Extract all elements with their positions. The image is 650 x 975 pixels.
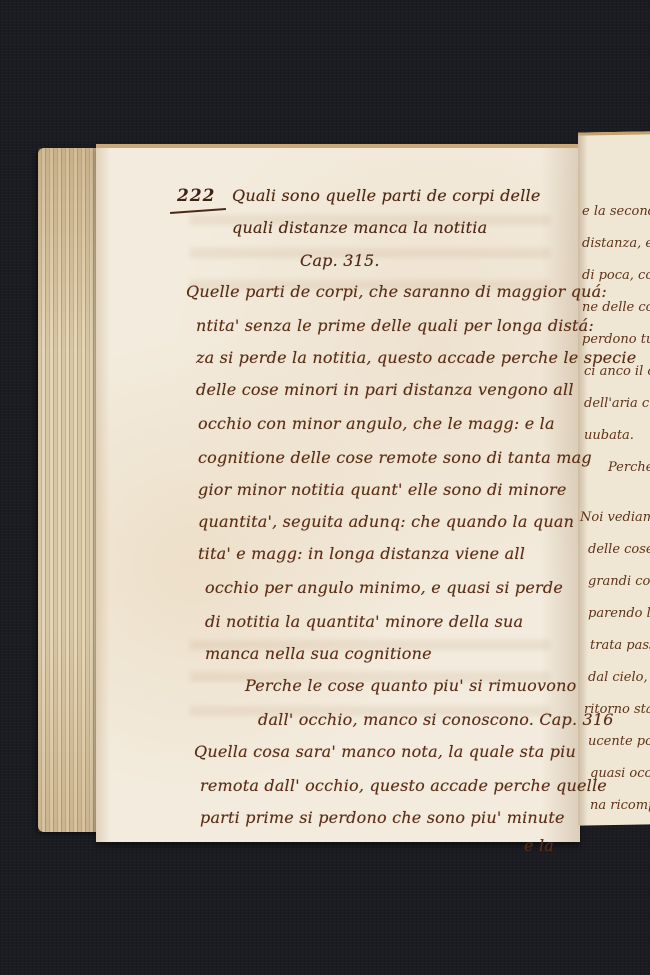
manuscript-line: manca nella sua cognitione <box>205 644 432 663</box>
page-edges-stack <box>38 148 100 832</box>
manuscript-line: gior minor notitia quant' elle sono di m… <box>198 480 567 499</box>
page-number: 222 <box>177 186 216 206</box>
manuscript-line: quantita', seguita adunq: che quando la … <box>198 512 574 531</box>
manuscript-line: ntita' senza le prime delle quali per lo… <box>196 316 594 335</box>
manuscript-line: tita' e magg: in longa distanza viene al… <box>198 544 525 563</box>
manuscript-line: Quali sono quelle parti de corpi delle <box>232 186 541 205</box>
facing-manuscript-line: ne delle cose <box>582 300 650 315</box>
manuscript-line: dall' occhio, manco si conoscono. Cap. 3… <box>258 710 614 729</box>
manuscript-line: occhio con minor angulo, che le magg: e … <box>198 414 555 433</box>
facing-manuscript-line: di poca, consu <box>582 268 650 283</box>
manuscript-line: quali distanze manca la notitia <box>232 218 487 237</box>
manuscript-line: Perche le cose quanto piu' si rimuovono <box>245 676 576 695</box>
facing-manuscript-line: dell'aria che <box>584 396 650 411</box>
facing-manuscript-line: delle cose c <box>588 542 650 557</box>
facing-manuscript-line: uubata. <box>584 428 634 443</box>
facing-manuscript-line: quasi occup <box>590 766 650 781</box>
facing-manuscript-line: e la seconda <box>582 204 650 219</box>
facing-manuscript-line: Perche <box>608 460 650 475</box>
manuscript-line: parti prime si perdono che sono piu' min… <box>200 808 565 827</box>
manuscript-line: e la <box>524 836 554 855</box>
facing-manuscript-line: grandi come <box>588 574 650 589</box>
manuscript-line: remota dall' occhio, questo accade perch… <box>200 776 607 795</box>
facing-manuscript-line: perdono tutt <box>582 332 650 347</box>
manuscript-line: cognitione delle cose remote sono di tan… <box>198 448 592 467</box>
facing-manuscript-line: ucente poi <box>588 734 650 749</box>
manuscript-line: za si perde la notitia, questo accade pe… <box>196 348 636 367</box>
manuscript-line: occhio per angulo minimo, e quasi si per… <box>205 578 563 597</box>
facing-manuscript-line: ritorno sta <box>584 702 650 717</box>
bound-manuscript: 222 Quali sono quelle parti de corpi del… <box>0 0 650 975</box>
facing-manuscript-line: dal cielo, e de <box>588 670 650 685</box>
manuscript-line: Quelle parti de corpi, che saranno di ma… <box>186 282 607 301</box>
facing-page-text: e la secondadistanza, e cadi poca, consu… <box>578 132 650 822</box>
facing-manuscript-line: Noi vediamo <box>580 510 650 525</box>
facing-manuscript-line: distanza, e ca <box>582 236 650 251</box>
facing-manuscript-line: ci anco il c <box>584 364 650 379</box>
facing-manuscript-line: parendo lucc <box>588 606 650 621</box>
manuscript-line: delle cose minori in pari distanza vengo… <box>196 380 574 399</box>
manuscript-line: Quella cosa sara' manco nota, la quale s… <box>194 742 576 761</box>
facing-manuscript-line: trata passa <box>590 638 650 653</box>
facing-manuscript-line: na ricompen <box>590 798 650 813</box>
manuscript-line: di notitia la quantita' minore della sua <box>205 612 523 631</box>
manuscript-line: Cap. 315. <box>300 251 380 270</box>
